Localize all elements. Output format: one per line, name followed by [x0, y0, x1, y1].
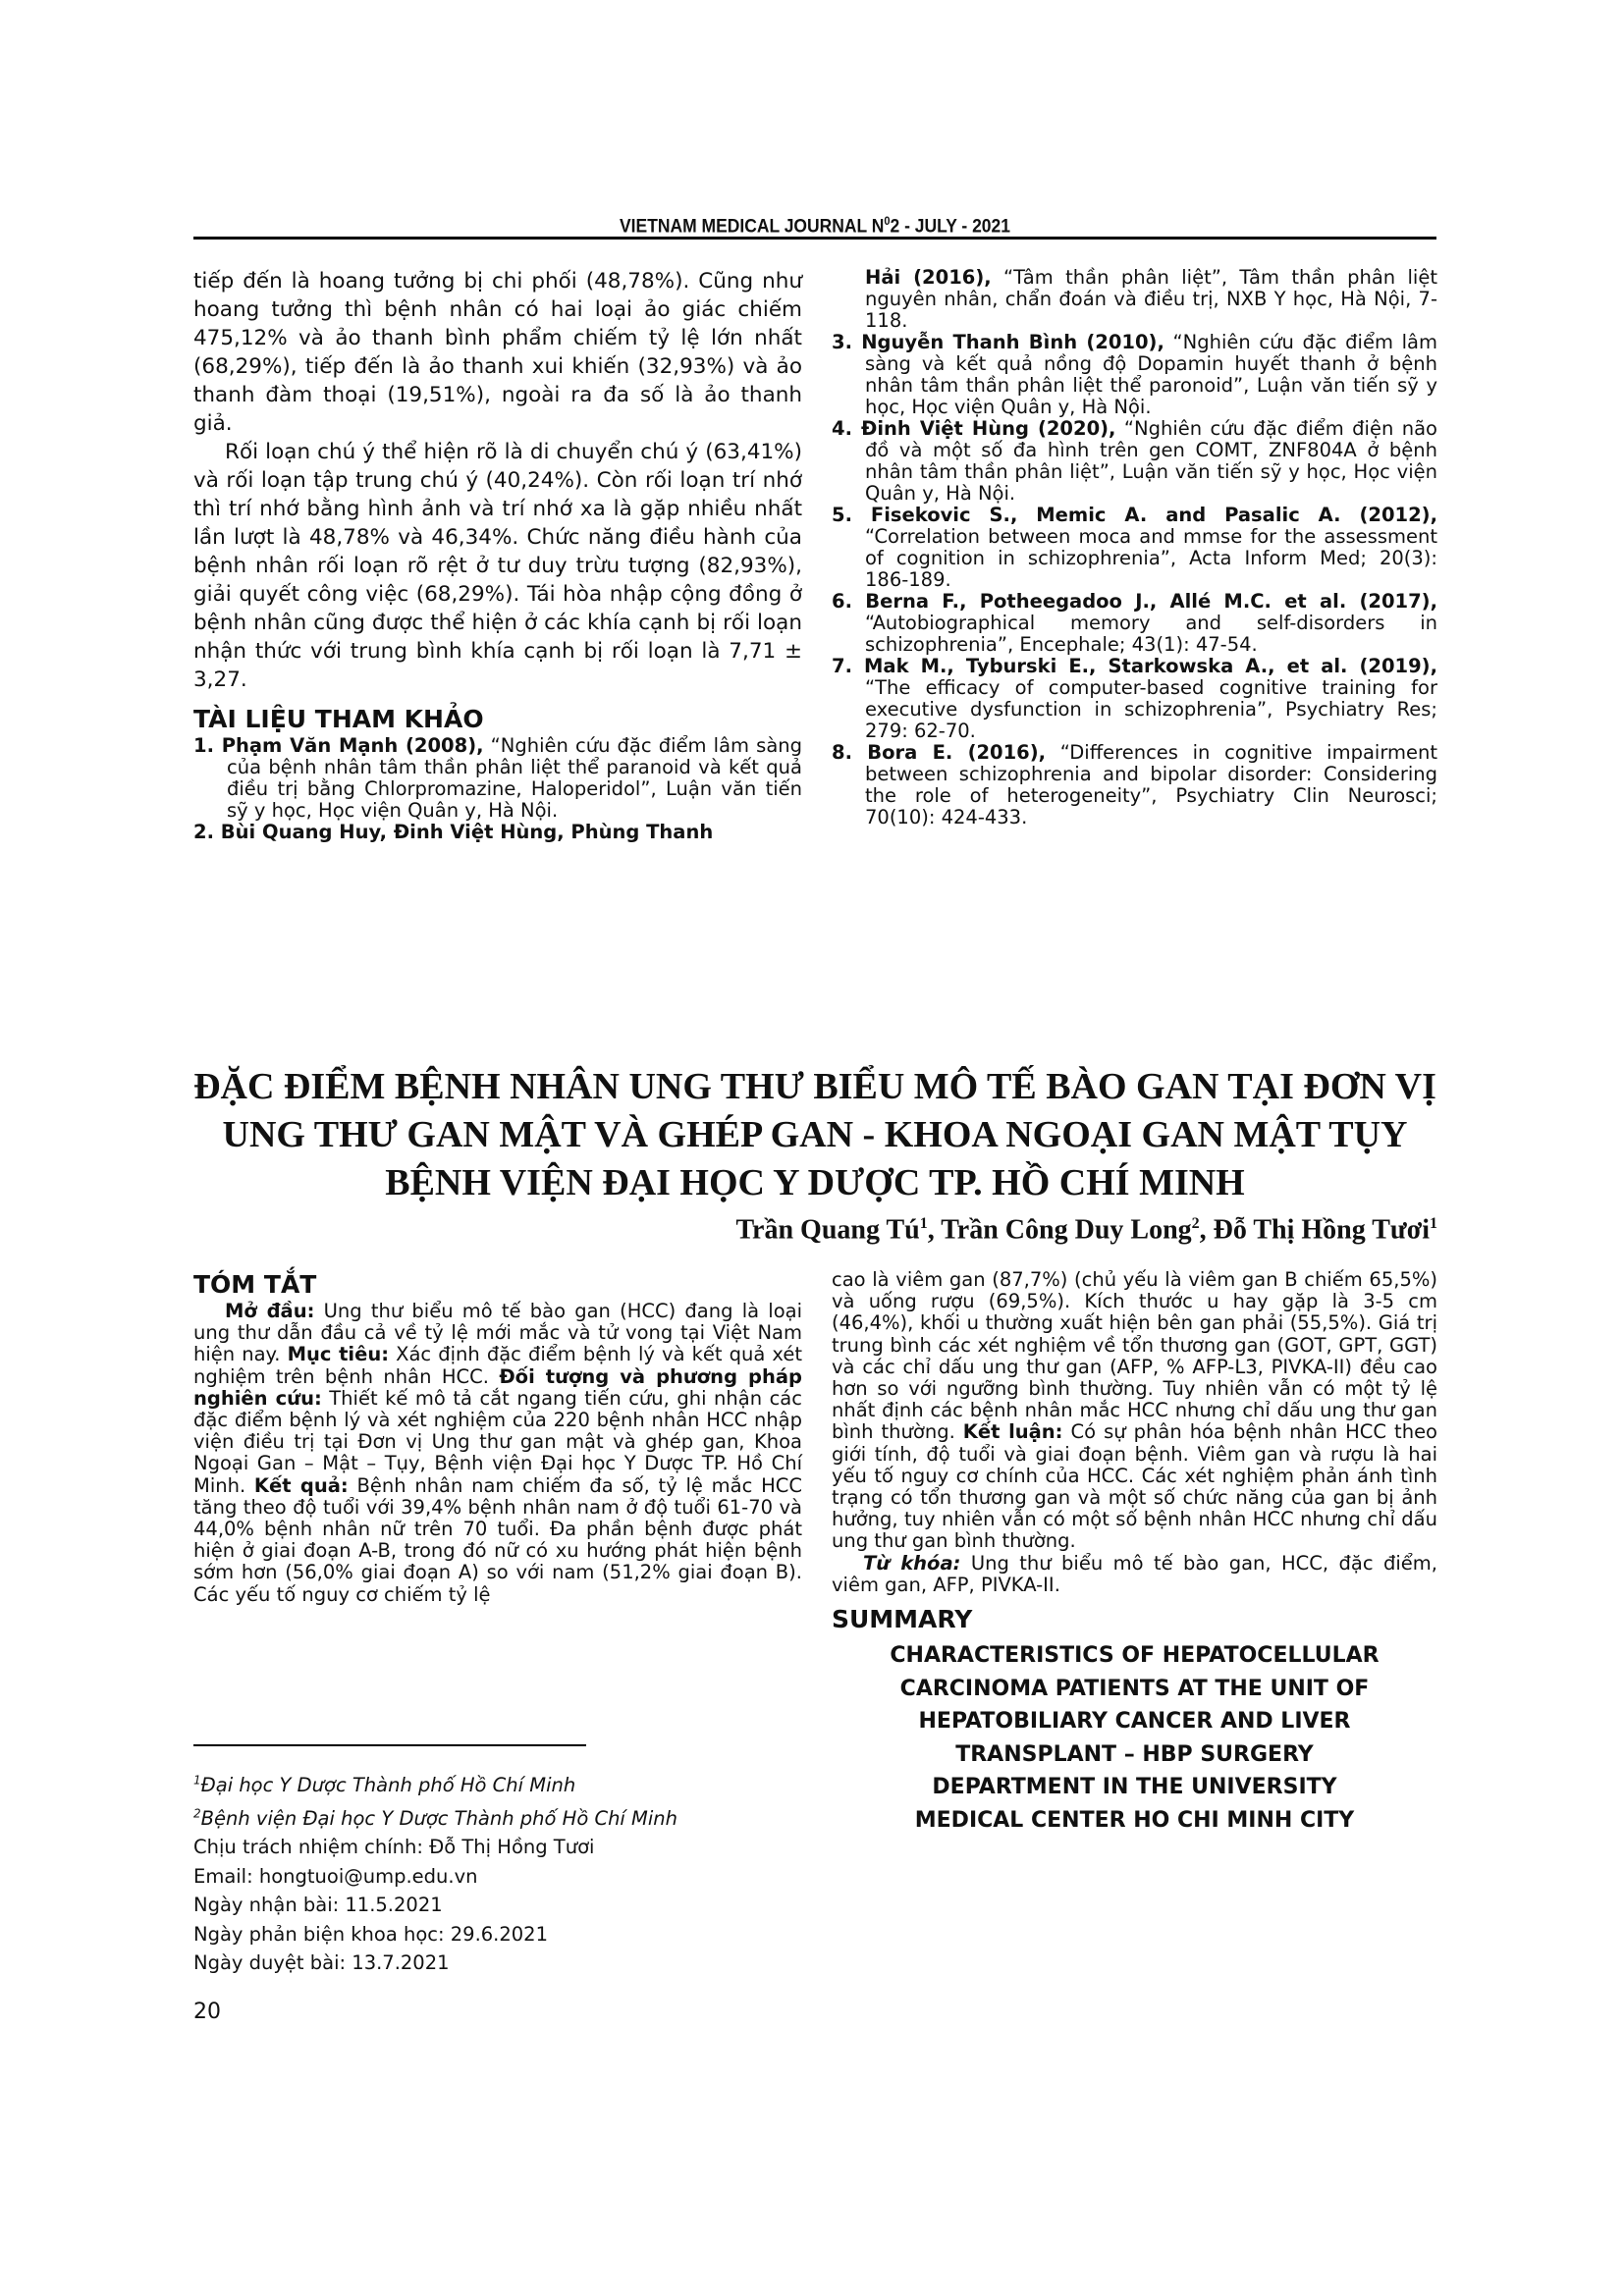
affiliation-1: 1Đại học Y Dược Thành phố Hồ Chí Minh [193, 1766, 802, 1799]
date-reviewed: Ngày phản biện khoa học: 29.6.2021 [193, 1920, 802, 1949]
reference-item-continued: Hải (2016), “Tâm thần phân liệt”, Tâm th… [832, 267, 1437, 332]
header-rule [193, 237, 1436, 240]
author-name: Đỗ Thị Hồng Tươi [1214, 1214, 1430, 1245]
journal-name: VIETNAM MEDICAL JOURNAL N [620, 216, 884, 237]
reference-item: 8. Bora E. (2016), “Differences in cogni… [832, 742, 1437, 828]
keywords: Từ khóa: Ung thư biểu mô tế bào gan, HCC… [832, 1553, 1437, 1596]
reference-item: 5. Fisekovic S., Memic A. and Pasalic A.… [832, 505, 1437, 591]
references-heading: TÀI LIỆU THAM KHẢO [193, 704, 802, 735]
abstract-left-column: TÓM TẮT Mở đầu: Ung thư biểu mô tế bào g… [193, 1269, 802, 1606]
footnotes: 1Đại học Y Dược Thành phố Hồ Chí Minh 2B… [193, 1766, 802, 1978]
prev-article-left-column: tiếp đến là hoang tưởng bị chi phối (48,… [193, 267, 802, 843]
author-name: Trần Công Duy Long [941, 1214, 1191, 1245]
summary-heading: SUMMARY [832, 1604, 1437, 1635]
footnote-rule [193, 1744, 586, 1746]
prev-article-right-column: Hải (2016), “Tâm thần phân liệt”, Tâm th… [832, 267, 1437, 828]
journal-page: VIETNAM MEDICAL JOURNAL N02 - JULY - 202… [0, 0, 1624, 2296]
page-number: 20 [193, 2000, 221, 2024]
reference-item: 7. Mak M., Tyburski E., Starkowska A., e… [832, 656, 1437, 742]
abstract-text: Mở đầu: Ung thư biểu mô tế bào gan (HCC)… [193, 1301, 802, 1606]
email: Email: hongtuoi@ump.edu.vn [193, 1862, 802, 1892]
prev-paragraph: Rối loạn chú ý thể hiện rõ là di chuyển … [193, 438, 802, 694]
abstract-heading: TÓM TẮT [193, 1269, 802, 1301]
article-title: ĐẶC ĐIỂM BỆNH NHÂN UNG THƯ BIỂU MÔ TẾ BÀ… [193, 1063, 1436, 1207]
issue-date: 2 - JULY - 2021 [891, 216, 1010, 237]
date-received: Ngày nhận bài: 11.5.2021 [193, 1891, 802, 1920]
title-line: ĐẶC ĐIỂM BỆNH NHÂN UNG THƯ BIỂU MÔ TẾ BÀ… [193, 1063, 1436, 1111]
prev-paragraph: tiếp đến là hoang tưởng bị chi phối (48,… [193, 267, 802, 438]
affiliation-2: 2Bệnh viện Đại học Y Dược Thành phố Hồ C… [193, 1799, 802, 1833]
title-line: BỆNH VIỆN ĐẠI HỌC Y DƯỢC TP. HỒ CHÍ MINH [193, 1159, 1436, 1207]
english-title: CHARACTERISTICS OF HEPATOCELLULAR CARCIN… [832, 1639, 1437, 1837]
abstract-text-continued: cao là viêm gan (87,7%) (chủ yếu là viêm… [832, 1269, 1437, 1553]
author-list: Trần Quang Tú1, Trần Công Duy Long2, Đỗ … [735, 1207, 1437, 1247]
running-header: VIETNAM MEDICAL JOURNAL N02 - JULY - 202… [244, 214, 1387, 238]
reference-item: 1. Phạm Văn Mạnh (2008), “Nghiên cứu đặc… [193, 735, 802, 822]
reference-item: 3. Nguyễn Thanh Bình (2010), “Nghiên cứu… [832, 332, 1437, 418]
reference-item: 2. Bùi Quang Huy, Đinh Việt Hùng, Phùng … [193, 822, 802, 843]
reference-item: 6. Berna F., Potheegadoo J., Allé M.C. e… [832, 591, 1437, 656]
title-line: UNG THƯ GAN MẬT VÀ GHÉP GAN - KHOA NGOẠI… [193, 1111, 1436, 1159]
author-name: Trần Quang Tú [735, 1214, 919, 1245]
date-accepted: Ngày duyệt bài: 13.7.2021 [193, 1949, 802, 1978]
reference-item: 4. Đinh Việt Hùng (2020), “Nghiên cứu đặ… [832, 418, 1437, 505]
abstract-right-column: cao là viêm gan (87,7%) (chủ yếu là viêm… [832, 1269, 1437, 1837]
corresponding-author: Chịu trách nhiệm chính: Đỗ Thị Hồng Tươi [193, 1833, 802, 1862]
